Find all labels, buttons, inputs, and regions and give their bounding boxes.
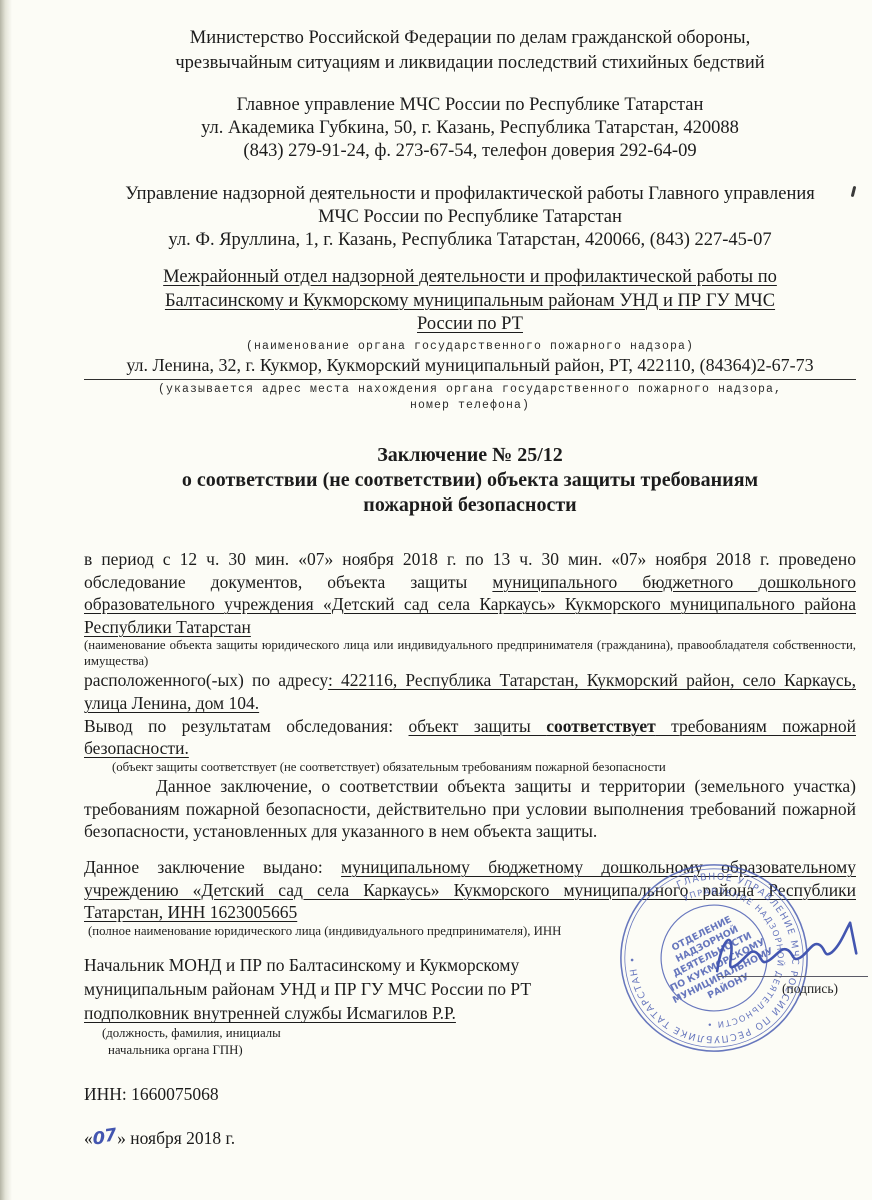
signatory-line-3: подполковник внутренней службы Исмагилов… xyxy=(84,1001,584,1025)
dept-caption: (наименование органа государственного по… xyxy=(84,339,856,355)
dept-line-1-text: Межрайонный отдел надзорной деятельности… xyxy=(163,267,777,287)
supervision-directorate-block: Управление надзорной деятельности и проф… xyxy=(84,183,856,252)
paragraph-conclusion: Вывод по результатам обследования: объек… xyxy=(84,715,856,760)
gu-line-1: Главное управление МЧС России по Республ… xyxy=(84,94,856,117)
dept-address-caption-1: (указывается адрес места нахождения орга… xyxy=(84,382,856,398)
inn-line: ИНН: 1660075068 xyxy=(84,1084,856,1105)
document-content: Министерство Российской Федерации по дел… xyxy=(84,26,856,1149)
dept-line-3-text: России по РТ xyxy=(417,314,523,334)
p2-normal: расположенного(-ых) по адресу xyxy=(84,670,328,690)
dept-line-1: Межрайонный отдел надзорной деятельности… xyxy=(84,266,856,290)
p3-complies: соответствует xyxy=(546,716,655,736)
gu-line-3: (843) 279-91-24, ф. 273-67-54, телефон д… xyxy=(84,140,856,163)
p5-caption: (полное наименование юридического лица (… xyxy=(84,924,856,940)
dept-address-caption-2: номер телефона) xyxy=(84,398,856,414)
p3-object: объект защиты xyxy=(409,716,547,736)
dept-line-2-text: Балтасинскому и Кукморскому муниципальны… xyxy=(165,291,775,311)
p5-normal: Данное заключение выдано: xyxy=(84,857,341,877)
dept-address-text: ул. Ленина, 32, г. Кукмор, Кукморский му… xyxy=(126,355,813,375)
handwritten-day-7: 7 xyxy=(103,1126,118,1148)
document-title: Заключение № 25/12 о соответствии (не со… xyxy=(84,443,856,518)
paragraph-inspection-period: в период с 12 ч. 30 мин. «07» ноября 201… xyxy=(84,548,856,638)
ministry-line-1: Министерство Российской Федерации по дел… xyxy=(84,26,856,51)
department-name-block: Межрайонный отдел надзорной деятельности… xyxy=(84,266,856,337)
title-line-3: пожарной безопасности xyxy=(84,493,856,518)
dept-line-3: России по РТ xyxy=(84,313,856,337)
p3-caption: (объект защиты соответствует (не соответ… xyxy=(84,760,856,776)
paragraph-validity: Данное заключение, о соответствии объект… xyxy=(84,775,856,843)
paragraph-address: расположенного(-ых) по адресу: 422116, Р… xyxy=(84,669,856,714)
scan-edge xyxy=(0,0,12,1200)
und-line-1: Управление надзорной деятельности и проф… xyxy=(84,183,856,206)
signatory-line-2: муниципальным районам УНД и ПР ГУ МЧС Ро… xyxy=(84,977,584,1001)
dept-line-2: Балтасинскому и Кукморскому муниципальны… xyxy=(84,290,856,314)
signature-line xyxy=(718,976,868,977)
paragraph-issued-to: Данное заключение выдано: муниципальному… xyxy=(84,856,856,924)
signatory-caption-2: начальника органа ГПН) xyxy=(102,1042,856,1059)
und-line-3: ул. Ф. Яруллина, 1, г. Казань, Республик… xyxy=(84,229,856,252)
gu-line-2: ул. Академика Губкина, 50, г. Казань, Ре… xyxy=(84,117,856,140)
signatory-caption-1: (должность, фамилия, инициалы xyxy=(102,1025,856,1042)
date-rest: » ноября 2018 г. xyxy=(117,1128,235,1148)
title-line-2: о соответствии (не соответствии) объекта… xyxy=(84,468,856,493)
dept-address-line: ул. Ленина, 32, г. Кукмор, Кукморский му… xyxy=(84,354,856,380)
und-line-2: МЧС России по Республике Татарстан xyxy=(84,206,856,229)
main-directorate-block: Главное управление МЧС России по Республ… xyxy=(84,94,856,163)
signatory-line-1: Начальник МОНД и ПР по Балтасинскому и К… xyxy=(84,953,584,977)
document-page: Министерство Российской Федерации по дел… xyxy=(0,0,872,1200)
signatory-block: Начальник МОНД и ПР по Балтасинскому и К… xyxy=(84,953,584,1025)
ministry-line-2: чрезвычайным ситуациям и ликвидации посл… xyxy=(84,51,856,76)
date-line: «07» ноября 2018 г. xyxy=(84,1128,856,1149)
signatory-name: подполковник внутренней службы Исмагилов… xyxy=(84,1003,456,1023)
title-line-1: Заключение № 25/12 xyxy=(84,443,856,468)
signatory-caption: (должность, фамилия, инициалы начальника… xyxy=(84,1025,856,1058)
ministry-header: Министерство Российской Федерации по дел… xyxy=(84,26,856,76)
p3-normal: Вывод по результатам обследования: xyxy=(84,716,409,736)
date-open-quote: « xyxy=(84,1128,93,1148)
signature-caption: (подпись) xyxy=(782,981,838,997)
dept-address-caption: (указывается адрес места нахождения орга… xyxy=(84,382,856,413)
p1-caption: (наименование объекта защиты юридическог… xyxy=(84,638,856,669)
